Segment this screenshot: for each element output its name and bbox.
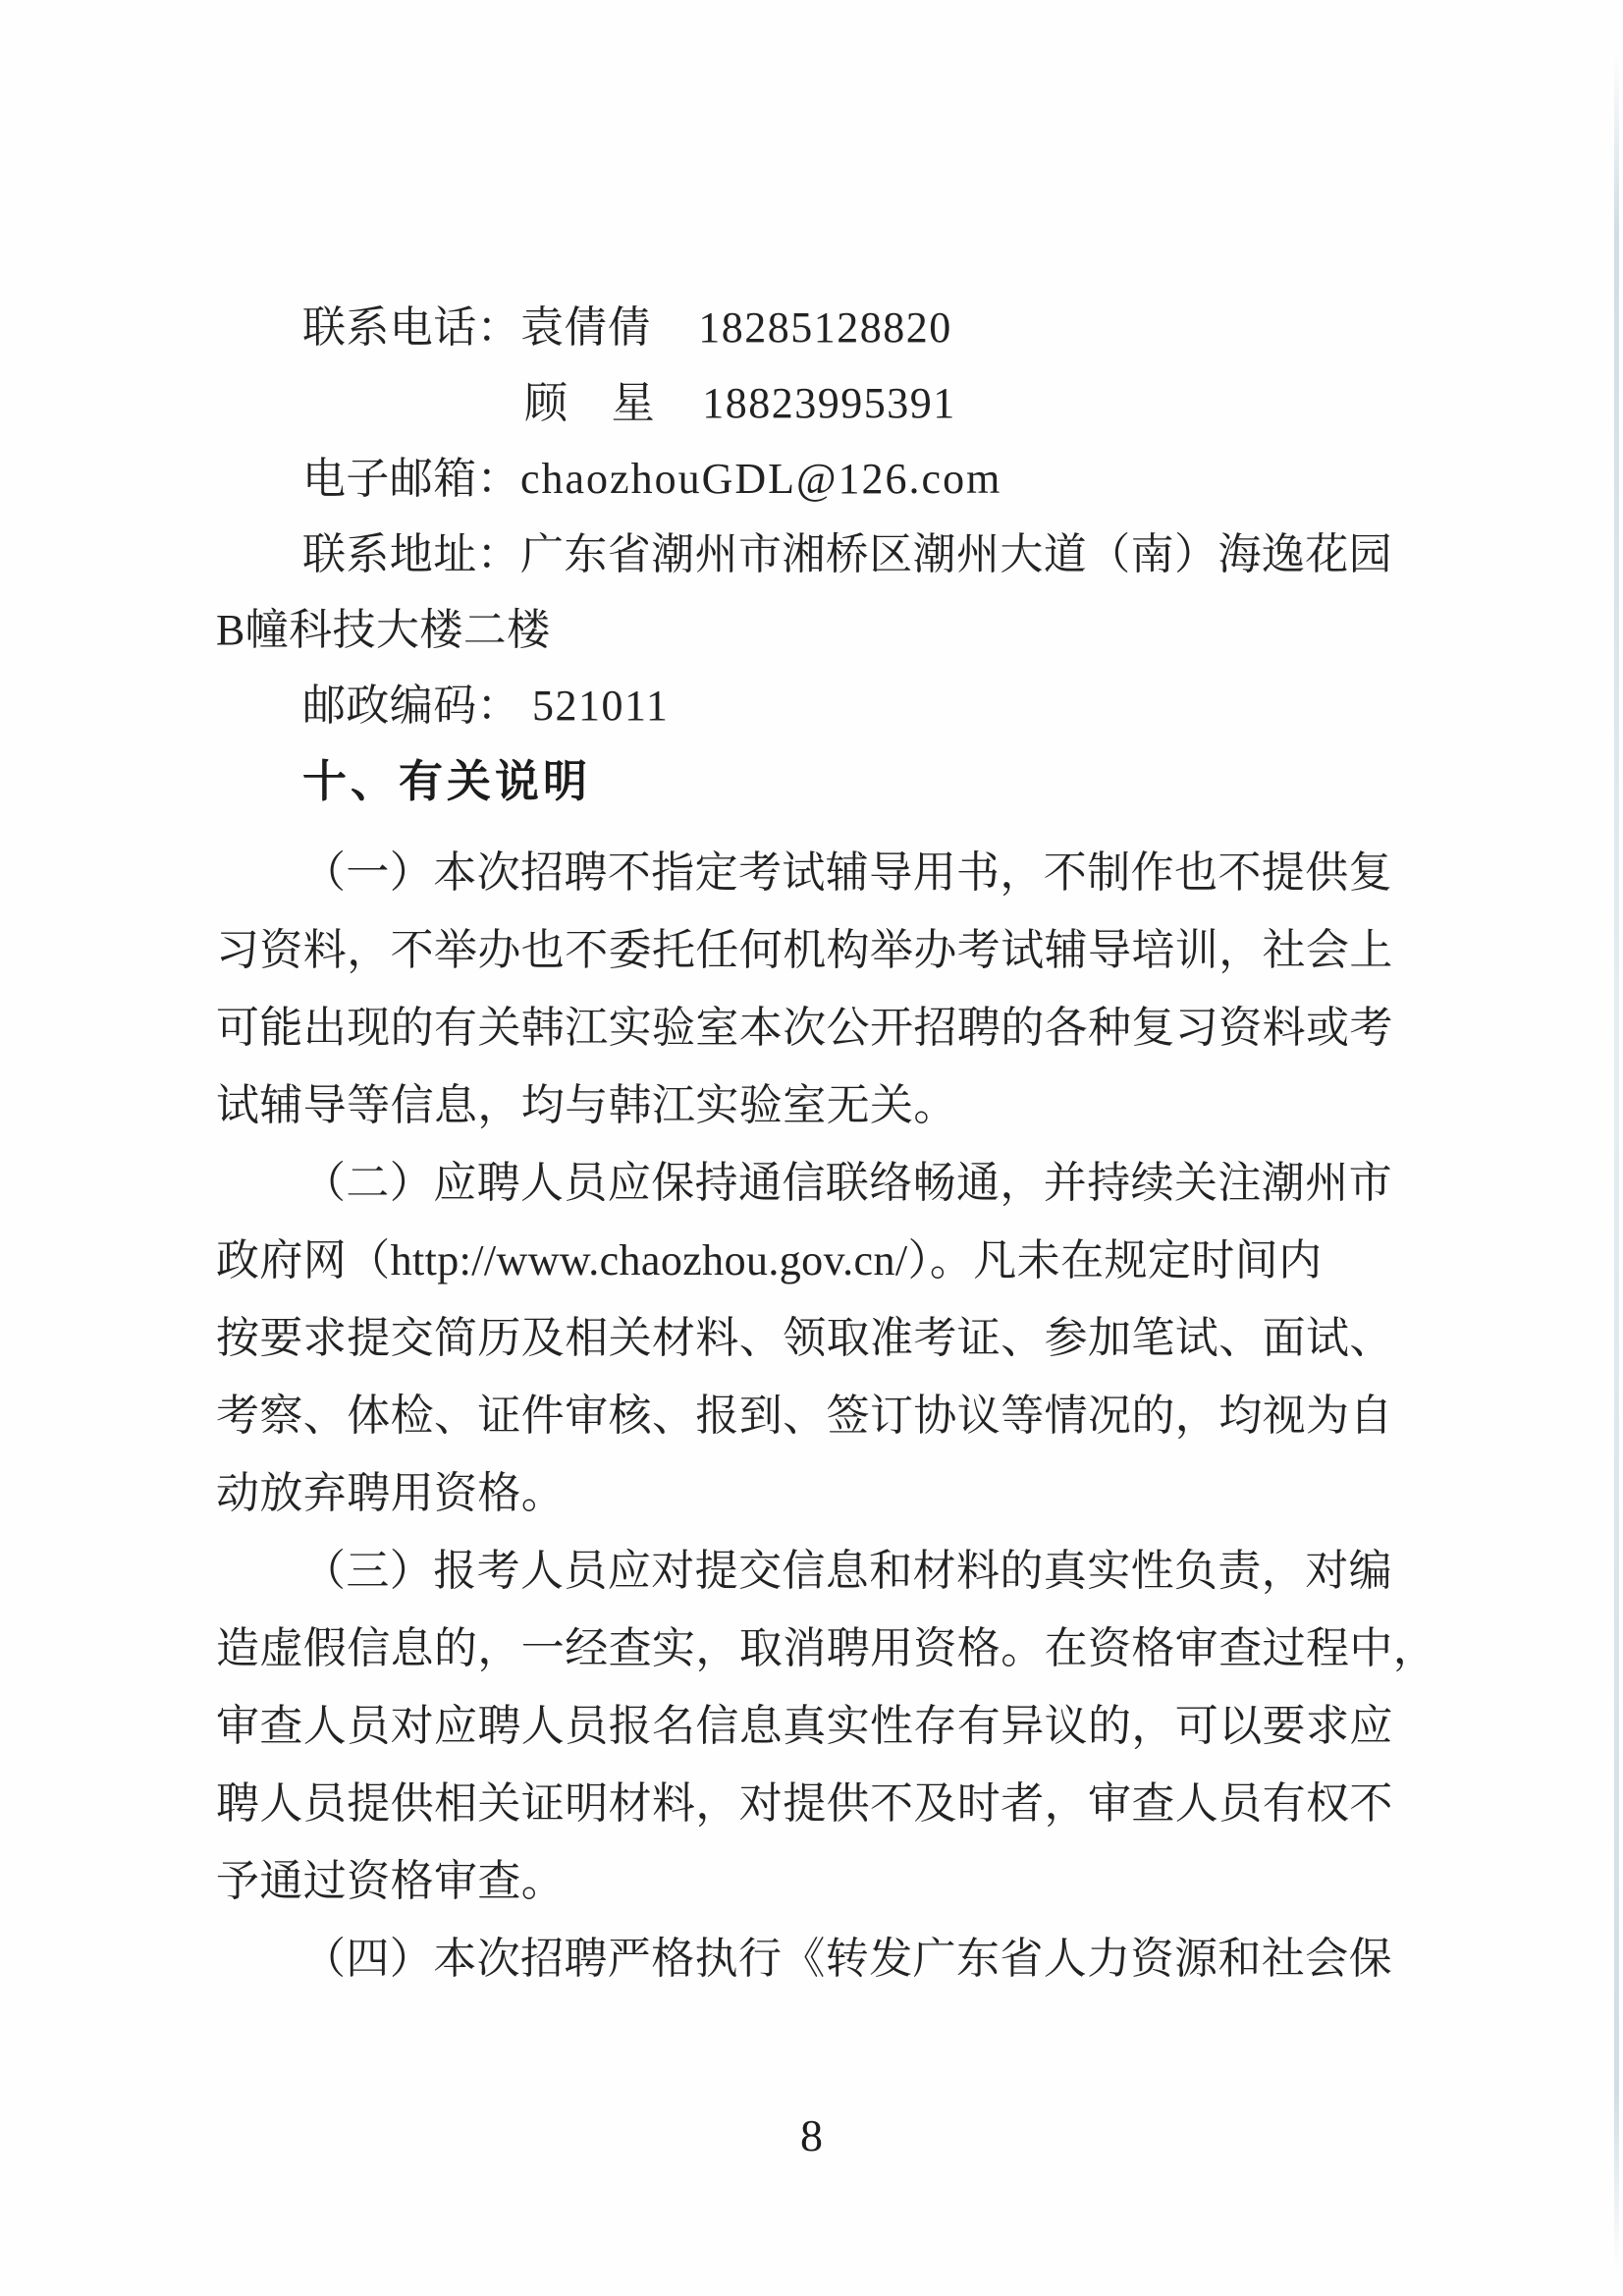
paragraph-1-line-1: （一）本次招聘不指定考试辅导用书，不制作也不提供复 [216,834,1407,911]
address-value-line-2: B幢科技大楼二楼 [216,606,551,654]
paragraph-3-line-1: （三）报考人员应对提交信息和材料的真实性负责，对编 [216,1532,1407,1610]
paragraph-4-line-1: （四）本次招聘严格执行《转发广东省人力资源和社会保 [216,1920,1407,1997]
paragraph-2-line-2: 政府网（http://www.chaozhou.gov.cn/）。凡未在规定时间… [216,1222,1407,1299]
contact-phone-line-2: 顾 星18823995391 [216,365,1407,441]
paragraph-2-line-3: 按要求提交简历及相关材料、领取准考证、参加笔试、面试、 [216,1299,1407,1377]
phone-contact-1-number: 18285128820 [698,303,952,352]
contact-address-line-2: B幢科技大楼二楼 [216,592,1407,668]
postcode-value: 521011 [532,682,669,730]
paragraph-1-line-2: 习资料，不举办也不委托任何机构举办考试辅导培训，社会上 [216,911,1407,989]
address-value-line-1: 广东省潮州市湘桥区潮州大道（南）海逸花园 [520,530,1392,578]
paragraph-1-line-3: 可能出现的有关韩江实验室本次公开招聘的各种复习资料或考 [216,989,1407,1066]
phone-contact-1-name: 袁倩倩 [520,303,651,352]
paragraph-2-line-5: 动放弃聘用资格。 [216,1454,1407,1532]
paragraph-2-line-1: （二）应聘人员应保持通信联络畅通，并持续关注潮州市 [216,1144,1407,1222]
postcode-label: 邮政编码： [302,682,520,730]
paragraph-3-line-4: 聘人员提供相关证明材料，对提供不及时者，审查人员有权不 [216,1765,1407,1842]
contact-postcode-line: 邮政编码：521011 [216,668,1407,743]
email-label: 电子邮箱： [302,455,520,503]
page-number: 8 [0,2111,1623,2160]
paragraph-1-line-4: 试辅导等信息，均与韩江实验室无关。 [216,1066,1407,1144]
scanned-document-page: 联系电话：袁倩倩18285128820 顾 星18823995391 电子邮箱：… [0,0,1623,2296]
scan-edge-artifact [1614,54,1619,2269]
document-body: 联系电话：袁倩倩18285128820 顾 星18823995391 电子邮箱：… [0,0,1407,1997]
phone-contact-2-number: 18823995391 [702,379,956,427]
paragraph-3-line-2: 造虚假信息的，一经查实，取消聘用资格。在资格审查过程中， [216,1610,1407,1687]
section-heading: 十、有关说明 [216,743,1407,819]
paragraph-3-line-3: 审查人员对应聘人员报名信息真实性存有异议的，可以要求应 [216,1687,1407,1765]
paragraph-3-line-5: 予通过资格审查。 [216,1842,1407,1920]
phone-contact-2-name: 顾 星 [524,379,655,427]
email-value: chaozhouGDL@126.com [520,455,1001,503]
address-label: 联系地址： [302,530,520,578]
contact-address-line-1: 联系地址：广东省潮州市湘桥区潮州大道（南）海逸花园 [216,517,1407,592]
contact-email-line: 电子邮箱：chaozhouGDL@126.com [216,441,1407,517]
phone-label: 联系电话： [302,303,520,352]
contact-phone-line-1: 联系电话：袁倩倩18285128820 [216,290,1407,365]
paragraph-2-line-4: 考察、体检、证件审核、报到、签订协议等情况的，均视为自 [216,1377,1407,1454]
